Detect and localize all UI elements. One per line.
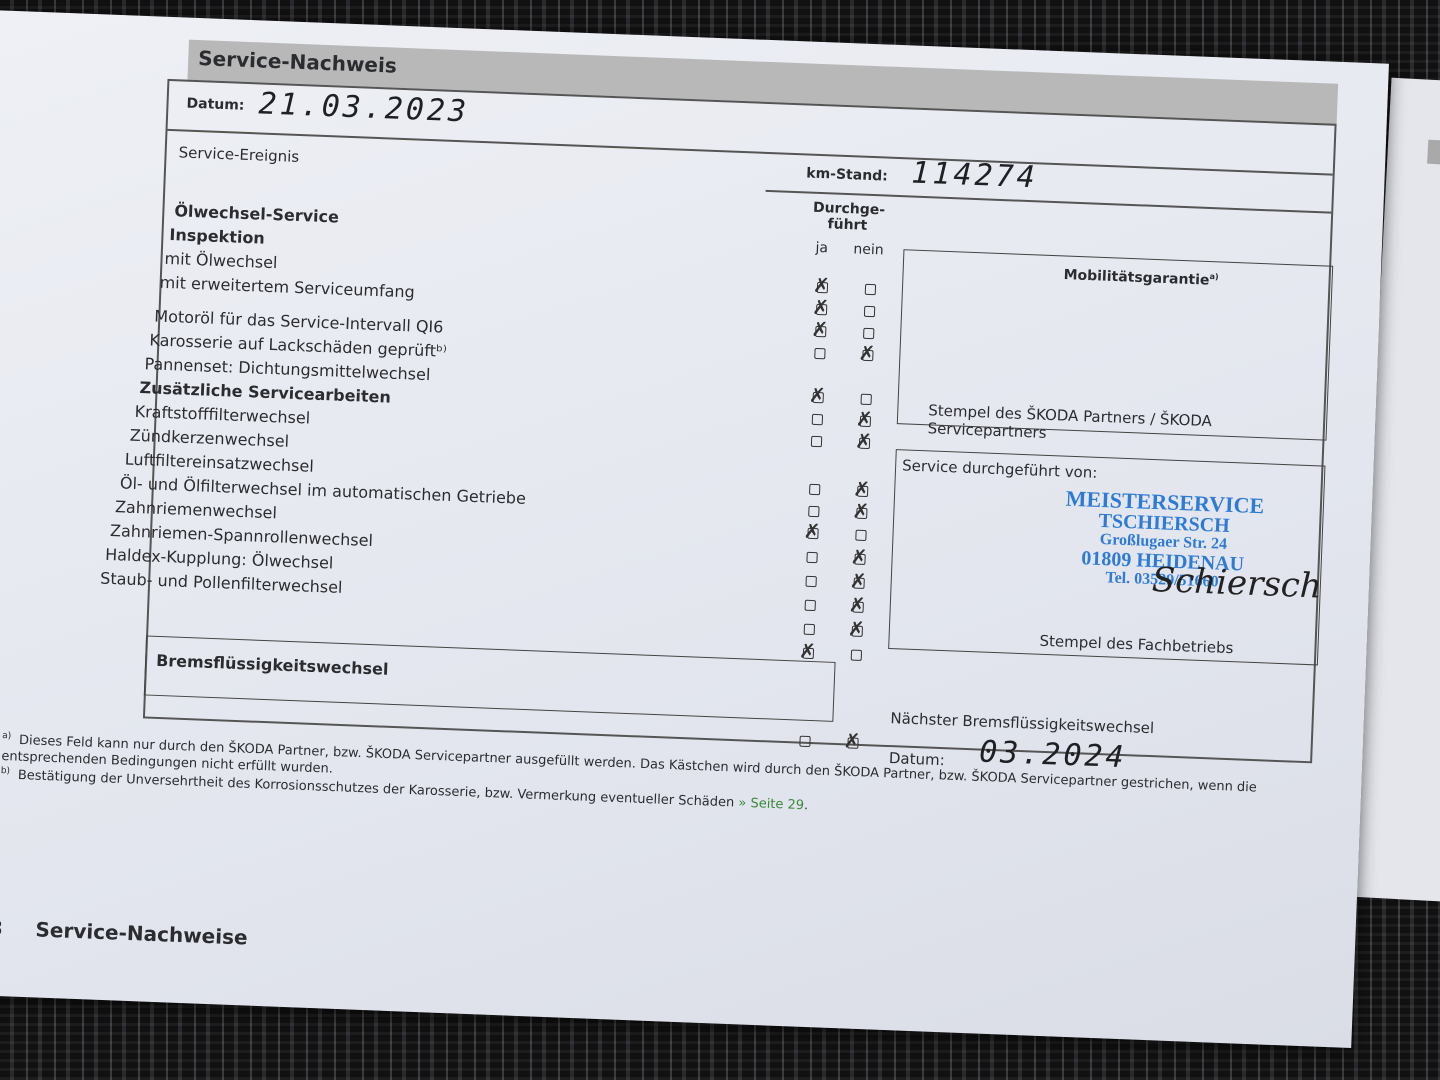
yes-checkbox[interactable] — [816, 304, 827, 315]
service-item: Zusätzliche Servicearbeiten — [139, 378, 391, 407]
mobility-stamp-label: Stempel des ŠKODA Partners / ŠKODA Servi… — [927, 401, 1326, 452]
service-record-form: Datum: 21.03.2023 Service-Ereignis km-St… — [143, 79, 1337, 763]
no-checkbox[interactable] — [853, 578, 864, 589]
section-name: Service-Nachweise — [35, 917, 248, 949]
yes-checkbox[interactable] — [808, 506, 819, 517]
brake-no-checkbox[interactable] — [847, 737, 858, 748]
divider — [167, 129, 1332, 176]
date-value[interactable]: 21.03.2023 — [258, 86, 470, 129]
no-checkbox[interactable] — [859, 438, 870, 449]
page-footer: 28 Service-Nachweise — [0, 915, 248, 949]
page-link[interactable]: » Seite 29 — [738, 796, 804, 814]
yes-checkbox[interactable] — [804, 624, 815, 635]
no-checkbox[interactable] — [854, 554, 865, 565]
yes-checkbox[interactable] — [805, 600, 816, 611]
service-item: Staub- und Pollenfilterwechsel — [100, 569, 343, 597]
no-checkbox[interactable] — [853, 602, 864, 613]
service-item: Luftfiltereinsatzwechsel — [124, 450, 314, 476]
service-item: Ölwechsel-Service — [174, 201, 339, 226]
performed-by-label: Service durchgeführt von: — [902, 456, 1098, 481]
yes-checkbox[interactable] — [814, 348, 825, 359]
service-item: Haldex-Kupplung: Ölwechsel — [105, 545, 334, 573]
no-checkbox[interactable] — [860, 394, 871, 405]
signature: Schiersch — [1151, 560, 1322, 606]
no-checkbox[interactable] — [863, 328, 874, 339]
no-checkbox[interactable] — [865, 284, 876, 295]
km-value[interactable]: 114274 — [911, 156, 1039, 196]
yes-checkbox[interactable] — [806, 552, 817, 563]
brake-fluid-box: Bremsflüssigkeitswechsel — [144, 635, 836, 721]
mobility-guarantee-box: Mobilitätsgarantiea) Stempel des ŠKODA P… — [897, 249, 1333, 440]
done-header-line1: Durchge- — [813, 200, 886, 219]
yes-checkbox[interactable] — [813, 392, 824, 403]
no-checkbox[interactable] — [857, 486, 868, 497]
km-label: km-Stand: — [806, 165, 888, 184]
service-item: Zündkerzenwechsel — [129, 426, 289, 451]
page-number: 28 — [0, 915, 3, 940]
no-checkbox[interactable] — [856, 508, 867, 519]
service-items-list: Ölwechsel-ServiceInspektionmit Ölwechsel… — [165, 201, 765, 224]
next-brake-label: Nächster Bremsflüssigkeitswechsel — [890, 709, 1154, 737]
yes-checkbox[interactable] — [809, 484, 820, 495]
mobility-title-text: Mobilitätsgarantie — [1063, 267, 1209, 289]
done-header: Durchge- führt — [812, 200, 883, 235]
workshop-stamp-label: Stempel des Fachbetriebs — [1039, 632, 1234, 657]
service-item: Kraftstofffilterwechsel — [134, 402, 310, 428]
yes-checkbox[interactable] — [817, 282, 828, 293]
footnote-b-marker: b) — [1, 766, 11, 776]
checkbox-column — [814, 106, 924, 110]
service-item: Zahnriemenwechsel — [115, 497, 278, 522]
service-item: Inspektion — [169, 225, 265, 248]
no-checkbox[interactable] — [855, 530, 866, 541]
service-item: mit Ölwechsel — [164, 249, 278, 272]
mobility-footnote-marker: a) — [1209, 272, 1218, 281]
no-checkbox[interactable] — [864, 306, 875, 317]
no-checkbox[interactable] — [852, 626, 863, 637]
yes-checkbox[interactable] — [815, 326, 826, 337]
adjacent-page-tab — [1427, 140, 1440, 166]
footnote-b-end: . — [804, 798, 809, 813]
service-event-label: Service-Ereignis — [178, 143, 299, 166]
service-item: mit erweitertem Serviceumfang — [159, 273, 415, 302]
no-checkbox[interactable] — [851, 650, 862, 661]
yes-checkbox[interactable] — [807, 528, 818, 539]
no-checkbox[interactable] — [862, 350, 873, 361]
footnote-a-marker: a) — [2, 731, 11, 741]
brake-fluid-label: Bremsflüssigkeitswechsel — [156, 651, 389, 679]
date-label: Datum: — [186, 96, 244, 114]
yes-checkbox[interactable] — [811, 436, 822, 447]
yes-checkbox[interactable] — [805, 576, 816, 587]
mobility-title: Mobilitätsgarantiea) — [1063, 266, 1218, 289]
brake-yes-checkbox[interactable] — [799, 736, 810, 747]
yes-checkbox[interactable] — [803, 648, 814, 659]
done-header-line2: führt — [827, 216, 867, 234]
column-no: nein — [853, 241, 884, 258]
no-checkbox[interactable] — [860, 416, 871, 427]
column-yes: ja — [815, 240, 828, 256]
service-booklet-page: Service-Nachweis Datum: 21.03.2023 Servi… — [0, 10, 1389, 1048]
workshop-box: Service durchgeführt von: MEISTERSERVICE… — [888, 449, 1325, 665]
yes-checkbox[interactable] — [812, 414, 823, 425]
